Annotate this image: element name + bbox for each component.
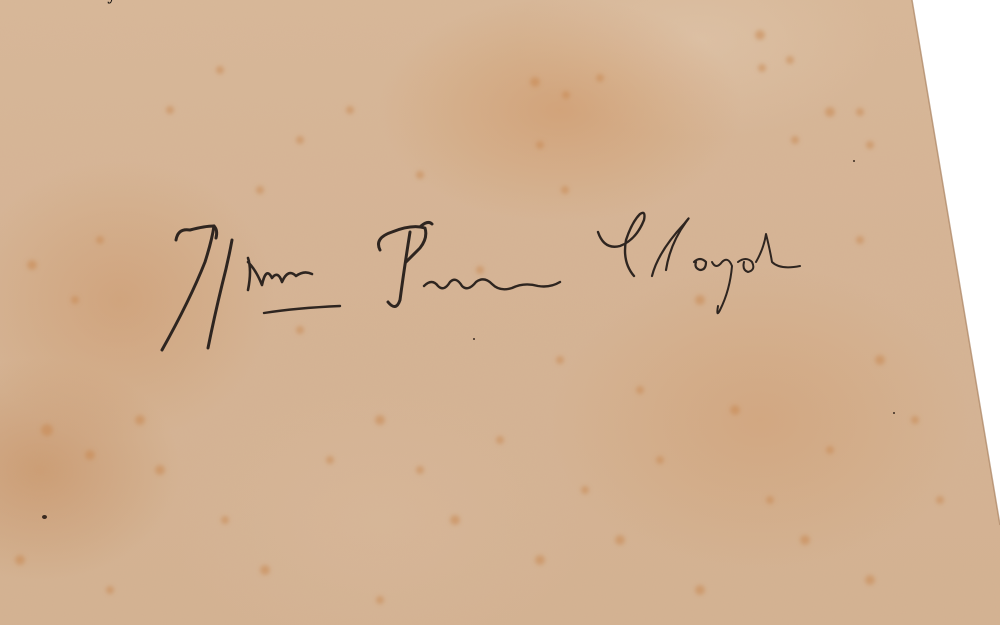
signature-text: Wm Penn Lloyd bbox=[0, 0, 127, 4]
signature-letter-m bbox=[248, 258, 312, 290]
ink-speck bbox=[853, 160, 855, 162]
signature-underline bbox=[264, 306, 340, 313]
photo-scene: Wm Penn Lloyd bbox=[0, 0, 1000, 625]
handwritten-signature: Wm Penn Lloyd bbox=[0, 0, 1000, 625]
signature-letter-P bbox=[379, 227, 426, 262]
signature-word-enn bbox=[424, 279, 560, 289]
signature-letter-W bbox=[162, 226, 214, 350]
ink-speck bbox=[893, 412, 895, 414]
ink-speck bbox=[42, 515, 47, 519]
signature-letter-L bbox=[598, 213, 645, 276]
ink-speck bbox=[473, 338, 475, 340]
